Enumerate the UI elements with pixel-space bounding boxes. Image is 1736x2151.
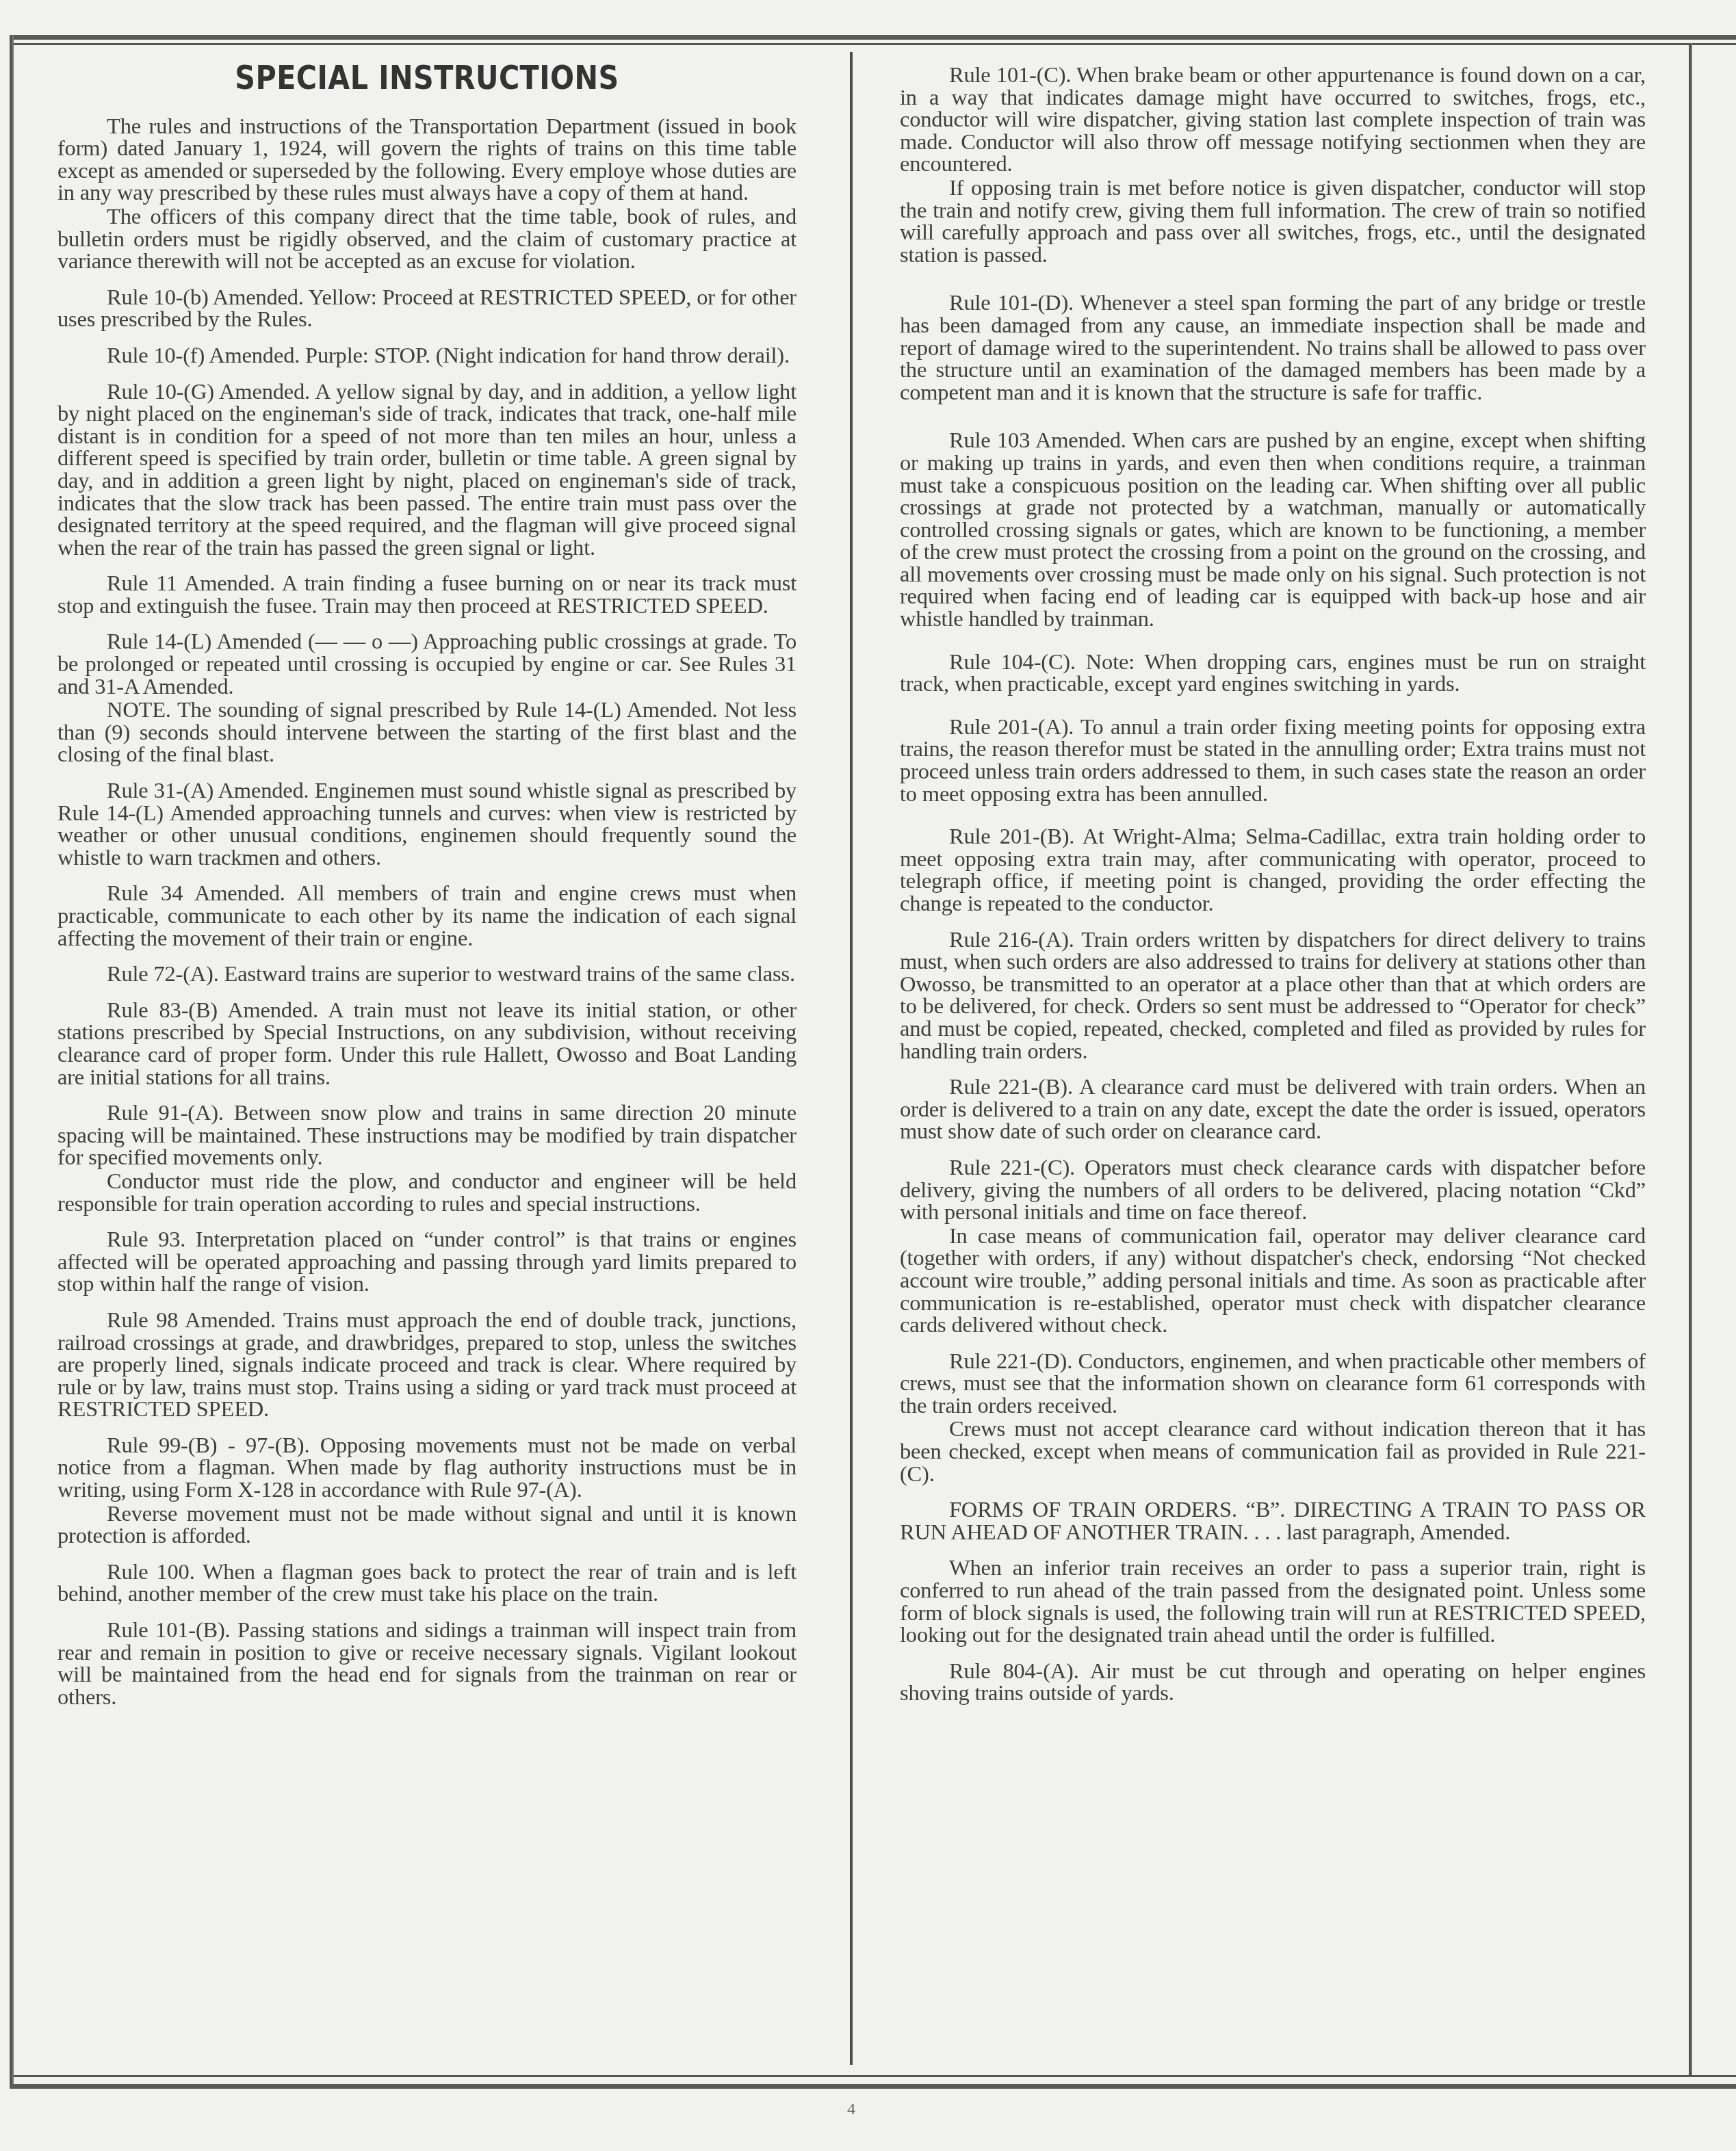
rule-221c-communication-fail: In case means of communication fail, ope… xyxy=(900,1225,1646,1337)
rule-14l-note: NOTE. The sounding of signal prescribed … xyxy=(57,699,796,766)
rule-93: Rule 93. Interpretation placed on “under… xyxy=(57,1229,796,1296)
rule-104c: Rule 104-(C). Note: When dropping cars, … xyxy=(900,651,1646,696)
rule-10f: Rule 10-(f) Amended. Purple: STOP. (Nigh… xyxy=(57,345,796,367)
rule-221c: Rule 221-(C). Operators must check clear… xyxy=(900,1157,1646,1224)
rule-83b: Rule 83-(B) Amended. A train must not le… xyxy=(57,1000,796,1088)
rule-98: Rule 98 Amended. Trains must approach th… xyxy=(57,1309,796,1421)
rule-221d-crews: Crews must not accept clearance card wit… xyxy=(900,1418,1646,1485)
rule-101c: Rule 101-(C). When brake beam or other a… xyxy=(900,64,1646,176)
intro-paragraph: The rules and instructions of the Transp… xyxy=(57,116,796,205)
page-title: SPECIAL INSTRUCTIONS xyxy=(109,67,745,90)
rule-101c-opposing-train: If opposing train is met before notice i… xyxy=(900,177,1646,266)
frame-bottom-thick-rule xyxy=(10,2084,1736,2089)
rule-101b: Rule 101-(B). Passing stations and sidin… xyxy=(57,1619,796,1708)
rule-201b: Rule 201-(B). At Wright-Alma; Selma-Cadi… xyxy=(900,826,1646,915)
right-column: Rule 101-(C). When brake beam or other a… xyxy=(900,64,1646,1719)
rule-10b: Rule 10-(b) Amended. Yellow: Proceed at … xyxy=(57,287,796,331)
frame-left-rule xyxy=(10,35,14,2089)
rule-103: Rule 103 Amended. When cars are pushed b… xyxy=(900,430,1646,630)
rule-10g: Rule 10-(G) Amended. A yellow signal by … xyxy=(57,381,796,560)
rule-99b-97b: Rule 99-(B) - 97-(B). Opposing movements… xyxy=(57,1435,796,1502)
rule-14l: Rule 14-(L) Amended (— — o —) Approachin… xyxy=(57,631,796,698)
frame-top-thin-rule xyxy=(14,43,1736,45)
rule-101d: Rule 101-(D). Whenever a steel span form… xyxy=(900,292,1646,404)
rule-804a: Rule 804-(A). Air must be cut through an… xyxy=(900,1660,1646,1705)
rule-221d: Rule 221-(D). Conductors, enginemen, and… xyxy=(900,1351,1646,1418)
rule-31a: Rule 31-(A) Amended. Enginemen must soun… xyxy=(57,780,796,869)
forms-of-train-orders-b: FORMS OF TRAIN ORDERS. “B”. DIRECTING A … xyxy=(900,1499,1646,1543)
rule-99b-reverse-movement: Reverse movement must not be made withou… xyxy=(57,1503,796,1548)
rule-216a: Rule 216-(A). Train orders written by di… xyxy=(900,929,1646,1063)
rule-91a-conductor: Conductor must ride the plow, and conduc… xyxy=(57,1171,796,1215)
frame-bottom-thin-rule xyxy=(14,2075,1736,2077)
frame-right-rule xyxy=(1689,43,1692,2077)
page-number: 4 xyxy=(847,2100,855,2119)
rule-34: Rule 34 Amended. All members of train an… xyxy=(57,883,796,950)
frame-top-thick-rule xyxy=(10,35,1736,40)
inferior-train-paragraph: When an inferior train receives an order… xyxy=(900,1557,1646,1646)
column-divider xyxy=(850,52,853,2065)
rule-91a: Rule 91-(A). Between snow plow and train… xyxy=(57,1102,796,1169)
rule-100: Rule 100. When a flagman goes back to pr… xyxy=(57,1561,796,1606)
left-column: SPECIAL INSTRUCTIONS The rules and instr… xyxy=(57,55,796,1722)
rule-221b: Rule 221-(B). A clearance card must be d… xyxy=(900,1076,1646,1143)
rule-72a: Rule 72-(A). Eastward trains are superio… xyxy=(57,963,796,986)
rule-11: Rule 11 Amended. A train finding a fusee… xyxy=(57,573,796,617)
rule-201a: Rule 201-(A). To annul a train order fix… xyxy=(900,716,1646,805)
intro-paragraph-officers: The officers of this company direct that… xyxy=(57,206,796,273)
